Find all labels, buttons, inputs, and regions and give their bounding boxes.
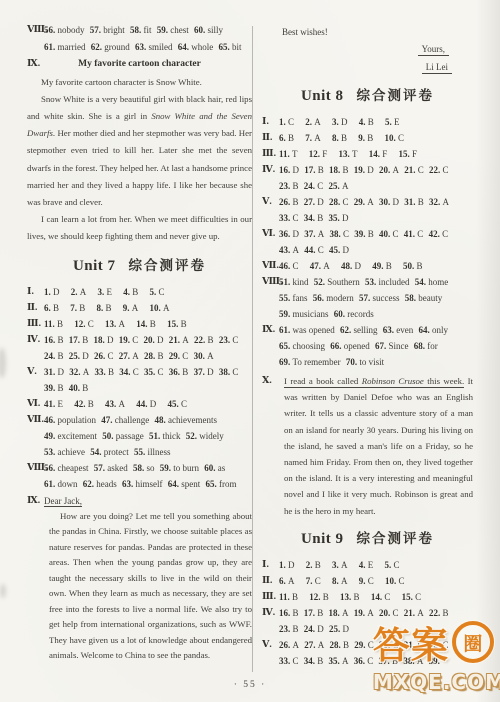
essay-paragraph: I can learn a lot from her. When we meet… bbox=[27, 211, 252, 245]
answer-row: Ⅶ. 46. C 47. A 48. D 49. B 50. B bbox=[262, 258, 473, 274]
answer-site-watermark: 答案 圈 MXQE.COM bbox=[373, 615, 500, 694]
letter-body: How are you doing? Let me tell you somet… bbox=[49, 509, 252, 664]
section-numeral: Ⅰ. bbox=[27, 284, 34, 300]
answer-row: Ⅲ. 11. B 12. C 13. A 14. B 15. B bbox=[27, 316, 252, 332]
answer-row: Ⅱ. 6. A 7. C 8. A 9. C 10. C bbox=[262, 573, 473, 589]
section-numeral: Ⅴ. bbox=[262, 194, 272, 210]
answer-row: Ⅰ. 1. C 2. A 3. D 4. B 5. E bbox=[262, 114, 473, 130]
letter-closing-yours: Yours, bbox=[262, 41, 473, 58]
watermark-logo-char: 圈 bbox=[463, 629, 482, 656]
answer-items: 16. D 17. B 18. B 19. D 20. A 21. C 22. … bbox=[279, 165, 452, 191]
column-divider-rule bbox=[252, 26, 253, 672]
answer-row: Ⅷ. 51. kind 52. Southern 53. included 54… bbox=[262, 274, 473, 322]
answer-row: Ⅰ. 1. D 2. A 3. E 4. B 5. C bbox=[27, 284, 252, 300]
answer-items: 36. D 37. A 38. C 39. B 40. C 41. C 42. … bbox=[279, 229, 451, 255]
answer-items: 61. was opened 62. selling 63. even 64. … bbox=[279, 325, 451, 367]
section-numeral: Ⅵ. bbox=[262, 226, 275, 242]
signature-text: Li Lei bbox=[422, 62, 452, 74]
watermark-site-text: MXQE.COM bbox=[373, 670, 500, 694]
section-numeral: Ⅷ. bbox=[27, 22, 47, 39]
section-numeral: Ⅳ. bbox=[262, 162, 275, 178]
section-numeral: Ⅳ. bbox=[27, 332, 40, 348]
answer-row: Ⅸ. 61. was opened 62. selling 63. even 6… bbox=[262, 322, 473, 370]
answer-items: 31. D 32. A 33. B 34. C 35. C 36. B 37. … bbox=[44, 367, 241, 393]
unit8-answers: Ⅰ. 1. C 2. A 3. D 4. B 5. E Ⅱ. 6. B 7. A… bbox=[262, 114, 473, 370]
unit8-title-zh: 综合测评卷 bbox=[357, 88, 435, 103]
letter-salutation: Dear Jack, bbox=[44, 496, 82, 508]
section-numeral: Ⅴ. bbox=[262, 637, 272, 653]
answer-items: 1. D 2. A 3. E 4. B 5. C bbox=[44, 287, 174, 297]
section-numeral: Ⅲ. bbox=[262, 146, 276, 162]
section-numeral: Ⅳ. bbox=[262, 605, 275, 621]
answer-row: Ⅲ. 11. B 12. B 13. B 14. C 15. C bbox=[262, 589, 473, 605]
answer-row: Ⅳ. 16. B 17. B 18. D 19. C 20. D 21. A 2… bbox=[27, 332, 252, 364]
unit8-heading: Unit 8综合测评卷 bbox=[262, 87, 473, 105]
unit8-title-en: Unit 8 bbox=[301, 88, 344, 104]
unit9-title-en: Unit 9 bbox=[301, 531, 344, 547]
section-numeral: Ⅱ. bbox=[262, 573, 272, 589]
answer-items: 6. B 7. B 8. B 9. A 10. A bbox=[44, 303, 179, 313]
section-numeral: Ⅸ. bbox=[27, 493, 40, 509]
answer-items: 46. C 47. A 48. D 49. B 50. B bbox=[279, 261, 432, 271]
section-numeral: Ⅲ. bbox=[262, 589, 276, 605]
unit7-title-zh: 综合测评卷 bbox=[129, 258, 207, 273]
right-column: Best wishes! Yours, Li Lei Unit 8综合测评卷 Ⅰ… bbox=[262, 22, 473, 669]
answer-items: 6. A 7. C 8. A 9. C 10. C bbox=[279, 576, 414, 586]
scan-artifact bbox=[0, 584, 6, 598]
answer-row: Ⅱ. 6. B 7. A 8. B 9. B 10. C bbox=[262, 130, 473, 146]
section-numeral: Ⅰ. bbox=[262, 557, 269, 573]
unit7-answers: Ⅰ. 1. D 2. A 3. E 4. B 5. C Ⅱ. 6. B 7. B… bbox=[27, 284, 252, 492]
answer-row: Ⅷ. 56. cheapest 57. asked 58. so 59. to … bbox=[27, 460, 252, 492]
answer-items: 26. B 27. D 28. C 29. A 30. D 31. B 32. … bbox=[279, 197, 452, 223]
answer-items: 11. T 12. F 13. T 14. F 15. F bbox=[279, 149, 426, 159]
section-numeral: Ⅸ. bbox=[27, 56, 40, 73]
answer-items: 56. cheapest 57. asked 58. so 59. to bur… bbox=[44, 463, 240, 489]
answer-row: Ⅵ. 41. E 42. B 43. A 44. D 45. C bbox=[27, 396, 252, 412]
letter-signature: Li Lei bbox=[262, 58, 473, 76]
answer-items: 46. population 47. challenge 48. achieve… bbox=[44, 415, 227, 457]
answer-items: 11. B 12. C 13. A 14. B 15. B bbox=[44, 319, 196, 329]
answer-items: 51. kind 52. Southern 53. included 54. h… bbox=[279, 277, 451, 319]
unit7-heading: Unit 7综合测评卷 bbox=[27, 257, 252, 275]
closing-yours-text: Yours, bbox=[418, 44, 449, 56]
scanned-answer-page: Ⅷ. 56. nobody 57. bright 58. fit 59. che… bbox=[0, 0, 500, 702]
book-report-text: I read a book called Robinson Crusoe thi… bbox=[284, 373, 473, 519]
unit9-title-zh: 综合测评卷 bbox=[357, 531, 435, 546]
previous-unit-answers: Ⅷ. 56. nobody 57. bright 58. fit 59. che… bbox=[27, 22, 252, 56]
unit7-title-en: Unit 7 bbox=[73, 258, 116, 274]
book-report: Ⅹ. I read a book called Robinson Crusoe … bbox=[262, 373, 473, 519]
essay-title: My favorite cartoon character bbox=[27, 56, 252, 73]
scan-artifact bbox=[0, 348, 6, 378]
left-column: Ⅷ. 56. nobody 57. bright 58. fit 59. che… bbox=[27, 22, 252, 664]
section-numeral: Ⅱ. bbox=[262, 130, 272, 146]
watermark-brand-row: 答案 圈 bbox=[373, 615, 500, 669]
answer-row: Ⅵ. 36. D 37. A 38. C 39. B 40. C 41. C 4… bbox=[262, 226, 473, 258]
essay-paragraph: Snow White is a very beautiful girl with… bbox=[27, 91, 252, 211]
section-numeral: Ⅱ. bbox=[27, 300, 37, 316]
essay-paragraph: My favorite cartoon character is Snow Wh… bbox=[27, 74, 252, 91]
model-letter: Ⅸ. Dear Jack, How are you doing? Let me … bbox=[27, 493, 252, 664]
answer-row: Ⅲ. 11. T 12. F 13. T 14. F 15. F bbox=[262, 146, 473, 162]
answer-items: 1. D 2. B 3. A 4. E 5. C bbox=[279, 560, 409, 570]
answer-row: Ⅴ. 26. B 27. D 28. C 29. A 30. D 31. B 3… bbox=[262, 194, 473, 226]
section-numeral: Ⅴ. bbox=[27, 364, 37, 380]
scan-edge-shadow bbox=[476, 0, 500, 702]
watermark-circle-logo: 圈 bbox=[452, 621, 494, 663]
answer-items: 16. B 17. B 18. D 19. C 20. D 21. A 22. … bbox=[44, 335, 241, 361]
answer-items: 6. B 7. A 8. B 9. B 10. C bbox=[279, 133, 413, 143]
section-numeral: Ⅶ. bbox=[262, 258, 279, 274]
essay-title-row: Ⅸ. My favorite cartoon character bbox=[27, 56, 252, 73]
answer-row: Ⅳ. 16. D 17. B 18. B 19. D 20. A 21. C 2… bbox=[262, 162, 473, 194]
section-numeral: Ⅷ. bbox=[27, 460, 47, 476]
answer-row: Ⅴ. 31. D 32. A 33. B 34. C 35. C 36. B 3… bbox=[27, 364, 252, 396]
section-numeral: Ⅰ. bbox=[262, 114, 269, 130]
answer-items: 56. nobody 57. bright 58. fit 59. chest … bbox=[44, 25, 245, 52]
watermark-brand-text: 答案 bbox=[373, 615, 449, 669]
answer-row: Ⅰ. 1. D 2. B 3. A 4. E 5. C bbox=[262, 557, 473, 573]
answer-items: 11. B 12. B 13. B 14. C 15. C bbox=[279, 592, 430, 602]
letter-closing-wishes: Best wishes! bbox=[262, 24, 473, 40]
unit9-heading: Unit 9综合测评卷 bbox=[262, 530, 473, 548]
section-numeral: Ⅹ. bbox=[262, 375, 272, 386]
section-numeral: Ⅷ. bbox=[262, 274, 282, 290]
section-numeral: Ⅶ. bbox=[27, 412, 44, 428]
answer-items: 1. C 2. A 3. D 4. B 5. E bbox=[279, 117, 409, 127]
section-numeral: Ⅲ. bbox=[27, 316, 41, 332]
answer-row: Ⅷ. 56. nobody 57. bright 58. fit 59. che… bbox=[27, 22, 252, 56]
section-numeral: Ⅵ. bbox=[27, 396, 40, 412]
answer-row: Ⅱ. 6. B 7. B 8. B 9. A 10. A bbox=[27, 300, 252, 316]
letter-salutation-row: Ⅸ. Dear Jack, bbox=[27, 493, 252, 509]
section-numeral: Ⅸ. bbox=[262, 322, 275, 338]
answer-row: Ⅶ. 46. population 47. challenge 48. achi… bbox=[27, 412, 252, 460]
answer-items: 41. E 42. B 43. A 44. D 45. C bbox=[44, 399, 196, 409]
